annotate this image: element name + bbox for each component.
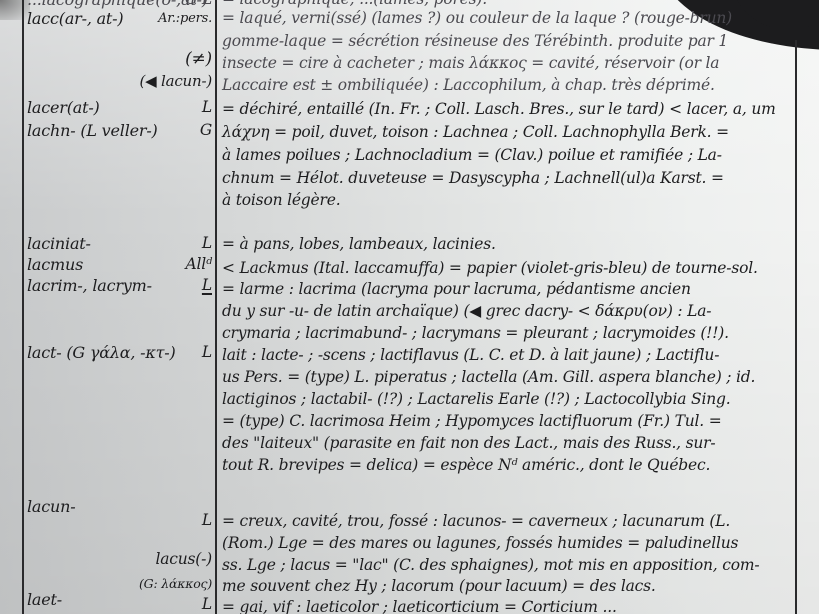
entry-origin-note: (≠)	[185, 50, 212, 69]
entry-origin-crossref: (◀ lacun-)	[139, 72, 212, 91]
entry-origin-related: lacus(-)	[155, 550, 212, 569]
definition-line: < Lackmus (Ital. laccamuffa) = papier (v…	[222, 259, 758, 278]
definition-line: crymaria ; lacrimabund- ; lacrymans = pl…	[222, 324, 729, 343]
entry-origin: L	[202, 595, 212, 614]
definition-line: me souvent chez Hy ; lacorum (pour lacuu…	[222, 577, 656, 596]
definition-line: = à pans, lobes, lambeaux, lacinies.	[222, 235, 496, 254]
definition-line: du y sur -u- de latin archaïque) (◀ grec…	[222, 302, 711, 321]
entry-term: lacrim-, lacrym-	[27, 276, 152, 295]
entry-origin: Ar.:pers.	[158, 9, 212, 28]
definition-line: = (type) C. lacrimosa Heim ; Hypomyces l…	[222, 412, 722, 431]
definition-line: = creux, cavité, trou, fossé : lacunos- …	[222, 512, 730, 531]
definition-line: chnum = Hélot. duveteuse = Dasyscypha ; …	[222, 169, 724, 188]
definition-line: à toison légère.	[222, 191, 340, 210]
entry-origin: L	[202, 234, 212, 253]
entry-term: lacmus	[27, 255, 83, 274]
definition-line: des "laiteux" (parasite en fait non des …	[222, 434, 715, 453]
definition-line: = lacographique, ...(lames, pores).	[222, 0, 487, 9]
entry-origin: L	[202, 98, 212, 117]
photo-shadow-top-left	[0, 0, 30, 20]
definition-line: = larme : lacrima (lacryma pour lacruma,…	[222, 280, 691, 299]
entry-term: laet-	[27, 590, 62, 609]
entry-term: laciniat-	[27, 234, 91, 253]
entry-origin: L	[202, 343, 212, 362]
entry-term: ...lacographique(o-,at-)	[27, 0, 208, 9]
definition-line: tout R. brevipes = delica) = espèce Nᵈ a…	[222, 456, 710, 475]
definition-line: insecte = cire à cacheter ; mais λάκκος …	[222, 54, 719, 73]
definition-line: lait : lacte- ; -scens ; lactiflavus (L.…	[222, 346, 719, 365]
definition-line: us Pers. = (type) L. piperatus ; lactell…	[222, 368, 755, 387]
entry-term: lachn- (L veller-)	[27, 121, 158, 140]
right-margin-rule	[795, 40, 797, 614]
entry-origin: L	[202, 276, 212, 295]
left-margin-rule	[22, 0, 24, 614]
definition-line: Laccaire est ± ombiliquée) : Laccophilum…	[222, 76, 715, 95]
entry-term: lact- (G γάλα, -κτ-)	[27, 343, 176, 362]
definition-line: ss. Lge ; lacus = "lac" (C. des sphaigne…	[222, 556, 759, 575]
entry-origin: Allᵈ	[185, 255, 212, 274]
definition-line: = déchiré, entaillé (In. Fr. ; Coll. Las…	[222, 100, 776, 119]
definition-line: λάχνη = poil, duvet, toison : Lachnea ; …	[222, 123, 729, 142]
definition-line: à lames poilues ; Lachnocladium = (Clav.…	[222, 146, 722, 165]
entry-term: lacun-	[27, 497, 75, 516]
entry-origin: G L	[185, 0, 212, 9]
definition-line: gomme-laque = sécrétion résineuse des Té…	[222, 32, 728, 51]
definition-line: (Rom.) Lge = des mares ou lagunes, fossé…	[222, 534, 738, 553]
entry-origin: L	[202, 511, 212, 530]
definition-line: = gai, vif : laeticolor ; laeticorticium…	[222, 598, 617, 614]
entry-origin: G	[200, 121, 212, 140]
entry-origin-greek: (G: λάκκος)	[139, 574, 212, 593]
entry-term: lacer(at-)	[27, 98, 100, 117]
column-divider-rule	[215, 0, 217, 614]
entry-term: lacc(ar-, at-)	[27, 9, 123, 28]
definition-line: = laqué, verni(ssé) (lames ?) ou couleur…	[222, 9, 732, 28]
definition-line: lactiginos ; lactabil- (!?) ; Lactarelis…	[222, 390, 730, 409]
